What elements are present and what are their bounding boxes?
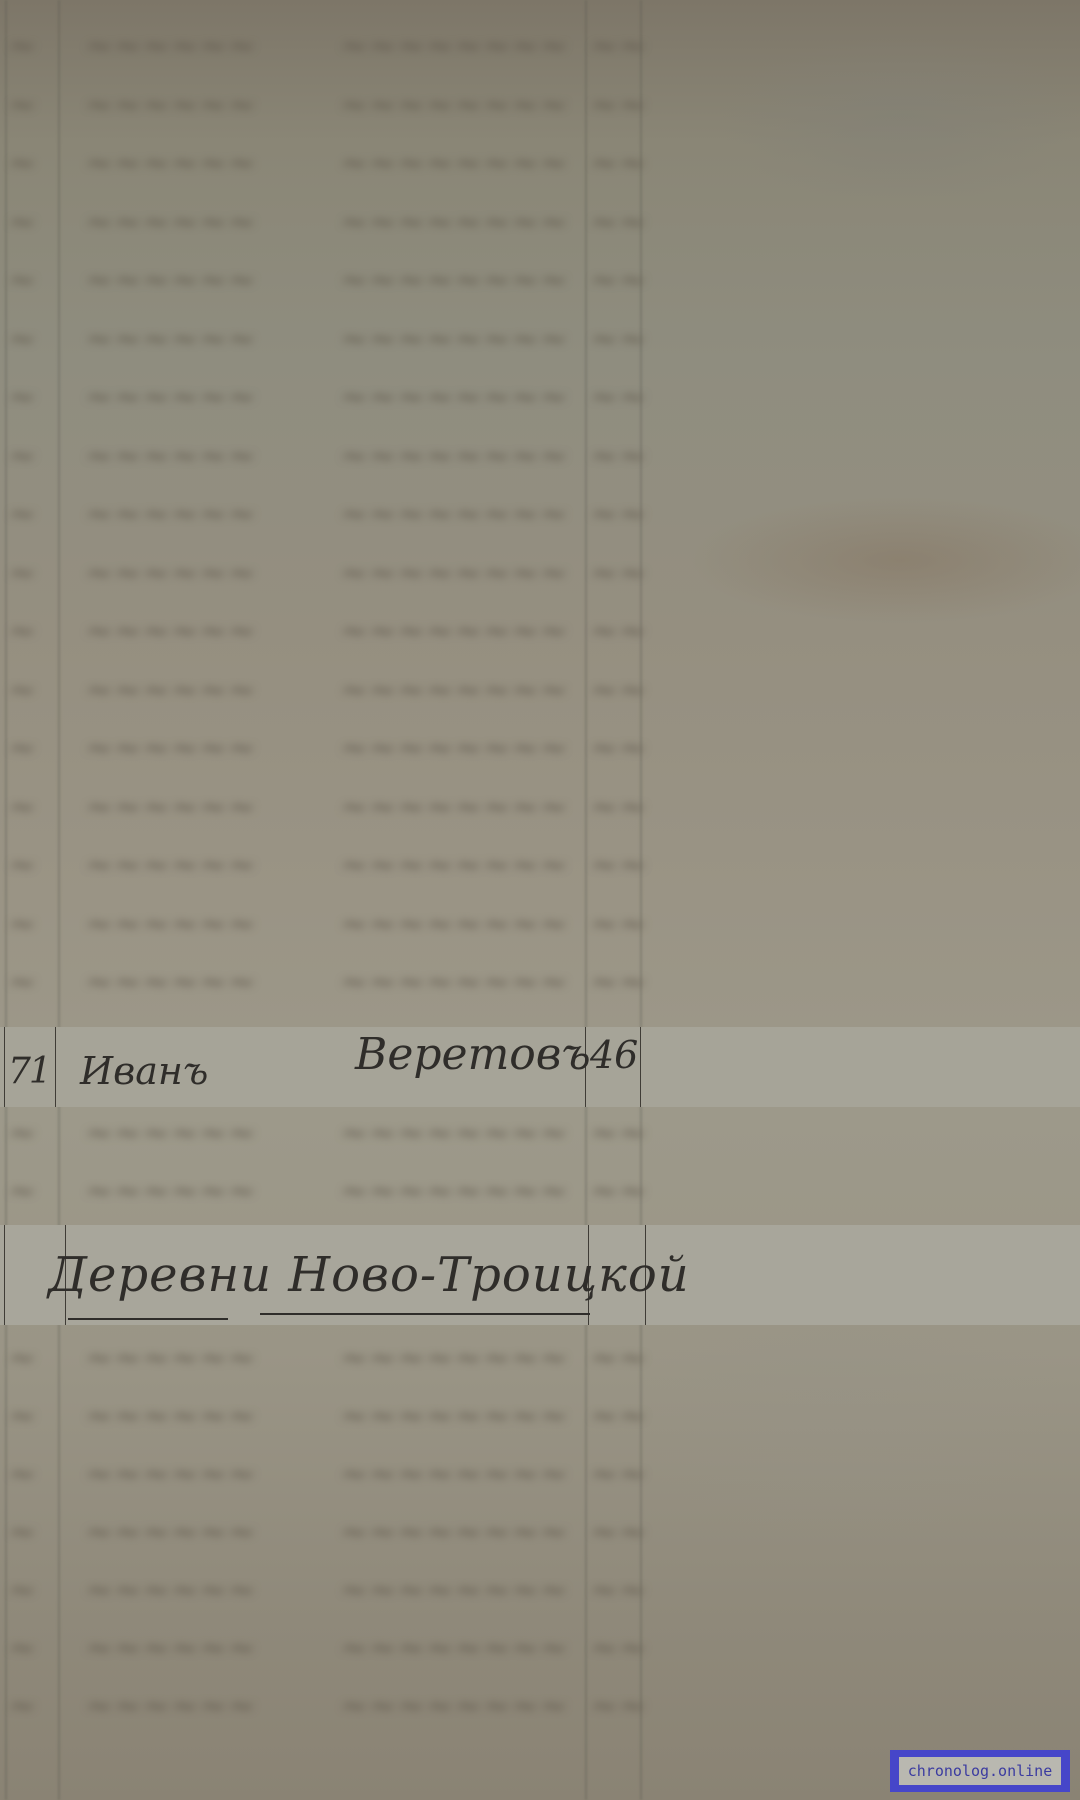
blurred-cell: ~: [8, 1628, 58, 1668]
column-rule: [640, 1027, 641, 1107]
blurred-cell: ~: [8, 728, 58, 768]
blurred-cell: ~: [8, 319, 58, 359]
blurred-cell: ~~~~~~: [85, 1570, 256, 1610]
blurred-entry-row: ~~~~~~~~~~~~~~~~~: [0, 545, 660, 603]
blurred-cell: ~: [8, 260, 58, 300]
blurred-cell: ~: [8, 202, 58, 242]
blurred-cell: ~~~~~~~~: [340, 143, 568, 183]
blurred-cell: ~~~~~~: [85, 553, 256, 593]
blurred-entry-row: ~~~~~~~~~~~~~~~~~: [0, 1620, 660, 1678]
column-rule: [55, 1027, 56, 1107]
blurred-cell: ~~: [590, 728, 647, 768]
blurred-entry-row: ~~~~~~~~~~~~~~~~~: [0, 1163, 660, 1221]
blurred-entry-row: ~~~~~~~~~~~~~~~~~: [0, 77, 660, 135]
watermark-badge: chronolog.online: [890, 1750, 1070, 1792]
blurred-cell: ~~~~~~: [85, 1396, 256, 1436]
blurred-entry-row: ~~~~~~~~~~~~~~~~~: [0, 603, 660, 661]
blurred-cell: ~: [8, 377, 58, 417]
blurred-entry-row: ~~~~~~~~~~~~~~~~~: [0, 194, 660, 252]
blurred-cell: ~~~~~~~~: [340, 1686, 568, 1726]
column-rule: [4, 1027, 5, 1107]
blurred-cell: ~~~~~~~~: [340, 202, 568, 242]
blurred-cell: ~~: [590, 1454, 647, 1494]
blurred-entry-row: ~~~~~~~~~~~~~~~~~: [0, 1678, 660, 1736]
blurred-cell: ~~~~~~~~: [340, 1396, 568, 1436]
entry-surname: Веретовъ: [355, 1029, 591, 1080]
blurred-cell: ~: [8, 553, 58, 593]
blurred-cell: ~~: [590, 962, 647, 1002]
blurred-cell: ~~~~~~: [85, 787, 256, 827]
blurred-cell: ~~~~~~~~: [340, 787, 568, 827]
blurred-cell: ~~~~~~: [85, 260, 256, 300]
blurred-entry-row: ~~~~~~~~~~~~~~~~~: [0, 486, 660, 544]
blurred-cell: ~~~~~~~~: [340, 728, 568, 768]
blurred-cell: ~~: [590, 1570, 647, 1610]
blurred-cell: ~: [8, 787, 58, 827]
watermark-text: chronolog.online: [899, 1757, 1061, 1785]
blurred-cell: ~~~~~~: [85, 143, 256, 183]
blurred-cell: ~~: [590, 494, 647, 534]
blurred-cell: ~~: [590, 143, 647, 183]
blurred-entry-row: ~~~~~~~~~~~~~~~~~: [0, 662, 660, 720]
blurred-cell: ~~~~~~: [85, 26, 256, 66]
blurred-cell: ~~: [590, 1628, 647, 1668]
blurred-cell: ~~~~~~: [85, 436, 256, 476]
blurred-cell: ~~: [590, 611, 647, 651]
blurred-entry-row: ~~~~~~~~~~~~~~~~~: [0, 428, 660, 486]
blurred-cell: ~~: [590, 787, 647, 827]
blurred-cell: ~~~~~~~~: [340, 260, 568, 300]
blurred-cell: ~~~~~~: [85, 670, 256, 710]
blurred-cell: ~: [8, 1338, 58, 1378]
blurred-cell: ~~~~~~~~: [340, 1570, 568, 1610]
ledger-page: ~~~~~~~~~~~~~~~~~~~~~~~~~~~~~~~~~~~~~~~~…: [0, 0, 660, 1800]
blurred-entry-row: ~~~~~~~~~~~~~~~~~: [0, 1562, 660, 1620]
heading-underline: [260, 1313, 590, 1315]
section-heading: Деревни Ново-Троицкой: [48, 1247, 690, 1303]
blurred-entry-row: ~~~~~~~~~~~~~~~~~: [0, 18, 660, 76]
blurred-cell: ~: [8, 904, 58, 944]
heading-underline: [68, 1318, 228, 1320]
entry-number: 71: [8, 1051, 50, 1092]
blurred-cell: ~~~~~~~~: [340, 670, 568, 710]
blurred-cell: ~: [8, 1512, 58, 1552]
blurred-cell: ~~~~~~~~: [340, 319, 568, 359]
blurred-cell: ~~~~~~~~: [340, 611, 568, 651]
blurred-cell: ~~: [590, 845, 647, 885]
blurred-cell: ~~~~~~: [85, 1113, 256, 1153]
blurred-cell: ~: [8, 494, 58, 534]
blurred-entry-row: ~~~~~~~~~~~~~~~~~: [0, 252, 660, 310]
blurred-cell: ~~: [590, 1171, 647, 1211]
blurred-cell: ~~~~~~: [85, 1628, 256, 1668]
blurred-cell: ~~~~~~: [85, 845, 256, 885]
blurred-cell: ~~~~~~~~: [340, 1171, 568, 1211]
blurred-cell: ~~~~~~: [85, 1454, 256, 1494]
blurred-cell: ~~~~~~: [85, 319, 256, 359]
blurred-cell: ~~~~~~~~: [340, 962, 568, 1002]
entry-given-name: Иванъ: [80, 1049, 208, 1093]
blurred-cell: ~~~~~~~~: [340, 553, 568, 593]
blurred-cell: ~: [8, 85, 58, 125]
blurred-cell: ~~: [590, 553, 647, 593]
section-heading-row: Деревни Ново-Троицкой: [0, 1225, 1080, 1325]
blurred-cell: ~~~~~~: [85, 1171, 256, 1211]
highlighted-entry-row: 71 Иванъ Веретовъ 46: [0, 1027, 1080, 1107]
blurred-cell: ~~: [590, 1113, 647, 1153]
blurred-cell: ~~~~~~~~: [340, 26, 568, 66]
blurred-cell: ~~: [590, 260, 647, 300]
blurred-entry-row: ~~~~~~~~~~~~~~~~~: [0, 896, 660, 954]
blurred-cell: ~~~~~~: [85, 962, 256, 1002]
blurred-cell: ~~: [590, 670, 647, 710]
blurred-cell: ~~: [590, 377, 647, 417]
blurred-cell: ~: [8, 1686, 58, 1726]
blurred-cell: ~: [8, 1113, 58, 1153]
blurred-entry-row: ~~~~~~~~~~~~~~~~~: [0, 954, 660, 1012]
blurred-cell: ~~~~~~: [85, 1686, 256, 1726]
blurred-cell: ~: [8, 962, 58, 1002]
blurred-entry-row: ~~~~~~~~~~~~~~~~~: [0, 720, 660, 778]
blurred-cell: ~: [8, 143, 58, 183]
blurred-cell: ~~: [590, 202, 647, 242]
blurred-cell: ~~: [590, 1686, 647, 1726]
blurred-cell: ~~: [590, 85, 647, 125]
blurred-cell: ~~~~~~~~: [340, 1512, 568, 1552]
blurred-cell: ~~~~~~~~: [340, 1454, 568, 1494]
blurred-cell: ~: [8, 845, 58, 885]
blurred-cell: ~: [8, 611, 58, 651]
entry-age: 46: [590, 1033, 638, 1077]
blurred-cell: ~~~~~~~~: [340, 85, 568, 125]
column-rule: [4, 1225, 5, 1325]
blurred-entry-row: ~~~~~~~~~~~~~~~~~: [0, 1504, 660, 1562]
blurred-cell: ~: [8, 26, 58, 66]
blurred-cell: ~~: [590, 1512, 647, 1552]
blurred-cell: ~~: [590, 1396, 647, 1436]
blurred-cell: ~~~~~~: [85, 728, 256, 768]
blurred-cell: ~~~~~~~~: [340, 1113, 568, 1153]
blurred-cell: ~: [8, 1171, 58, 1211]
blurred-cell: ~: [8, 1454, 58, 1494]
blurred-entry-row: ~~~~~~~~~~~~~~~~~: [0, 1105, 660, 1163]
blurred-cell: ~~: [590, 1338, 647, 1378]
blurred-cell: ~~: [590, 319, 647, 359]
blurred-entry-row: ~~~~~~~~~~~~~~~~~: [0, 837, 660, 895]
blurred-cell: ~~~~~~~~: [340, 436, 568, 476]
blurred-cell: ~~~~~~: [85, 1338, 256, 1378]
blurred-cell: ~~~~~~~~: [340, 494, 568, 534]
blurred-cell: ~~: [590, 436, 647, 476]
paper-stain: [640, 0, 1080, 1800]
blurred-entry-row: ~~~~~~~~~~~~~~~~~: [0, 1446, 660, 1504]
blurred-cell: ~~~~~~~~: [340, 377, 568, 417]
blurred-cell: ~~~~~~~~: [340, 904, 568, 944]
blurred-cell: ~~~~~~: [85, 85, 256, 125]
blurred-cell: ~~~~~~: [85, 904, 256, 944]
blurred-cell: ~~~~~~: [85, 1512, 256, 1552]
blurred-cell: ~~~~~~~~: [340, 1628, 568, 1668]
blurred-cell: ~~~~~~: [85, 494, 256, 534]
blurred-entry-row: ~~~~~~~~~~~~~~~~~: [0, 779, 660, 837]
blurred-entry-row: ~~~~~~~~~~~~~~~~~: [0, 135, 660, 193]
blurred-entry-row: ~~~~~~~~~~~~~~~~~: [0, 1330, 660, 1388]
blurred-cell: ~~~~~~~~: [340, 845, 568, 885]
blurred-cell: ~: [8, 1396, 58, 1436]
blurred-cell: ~~~~~~~~: [340, 1338, 568, 1378]
blurred-entry-row: ~~~~~~~~~~~~~~~~~: [0, 1388, 660, 1446]
blurred-entry-row: ~~~~~~~~~~~~~~~~~: [0, 369, 660, 427]
blurred-cell: ~: [8, 436, 58, 476]
blurred-cell: ~~~~~~: [85, 611, 256, 651]
blurred-cell: ~: [8, 1570, 58, 1610]
blurred-cell: ~~~~~~: [85, 202, 256, 242]
blurred-cell: ~~: [590, 26, 647, 66]
blurred-entry-row: ~~~~~~~~~~~~~~~~~: [0, 311, 660, 369]
blurred-cell: ~~: [590, 904, 647, 944]
blurred-cell: ~~~~~~: [85, 377, 256, 417]
blurred-cell: ~: [8, 670, 58, 710]
